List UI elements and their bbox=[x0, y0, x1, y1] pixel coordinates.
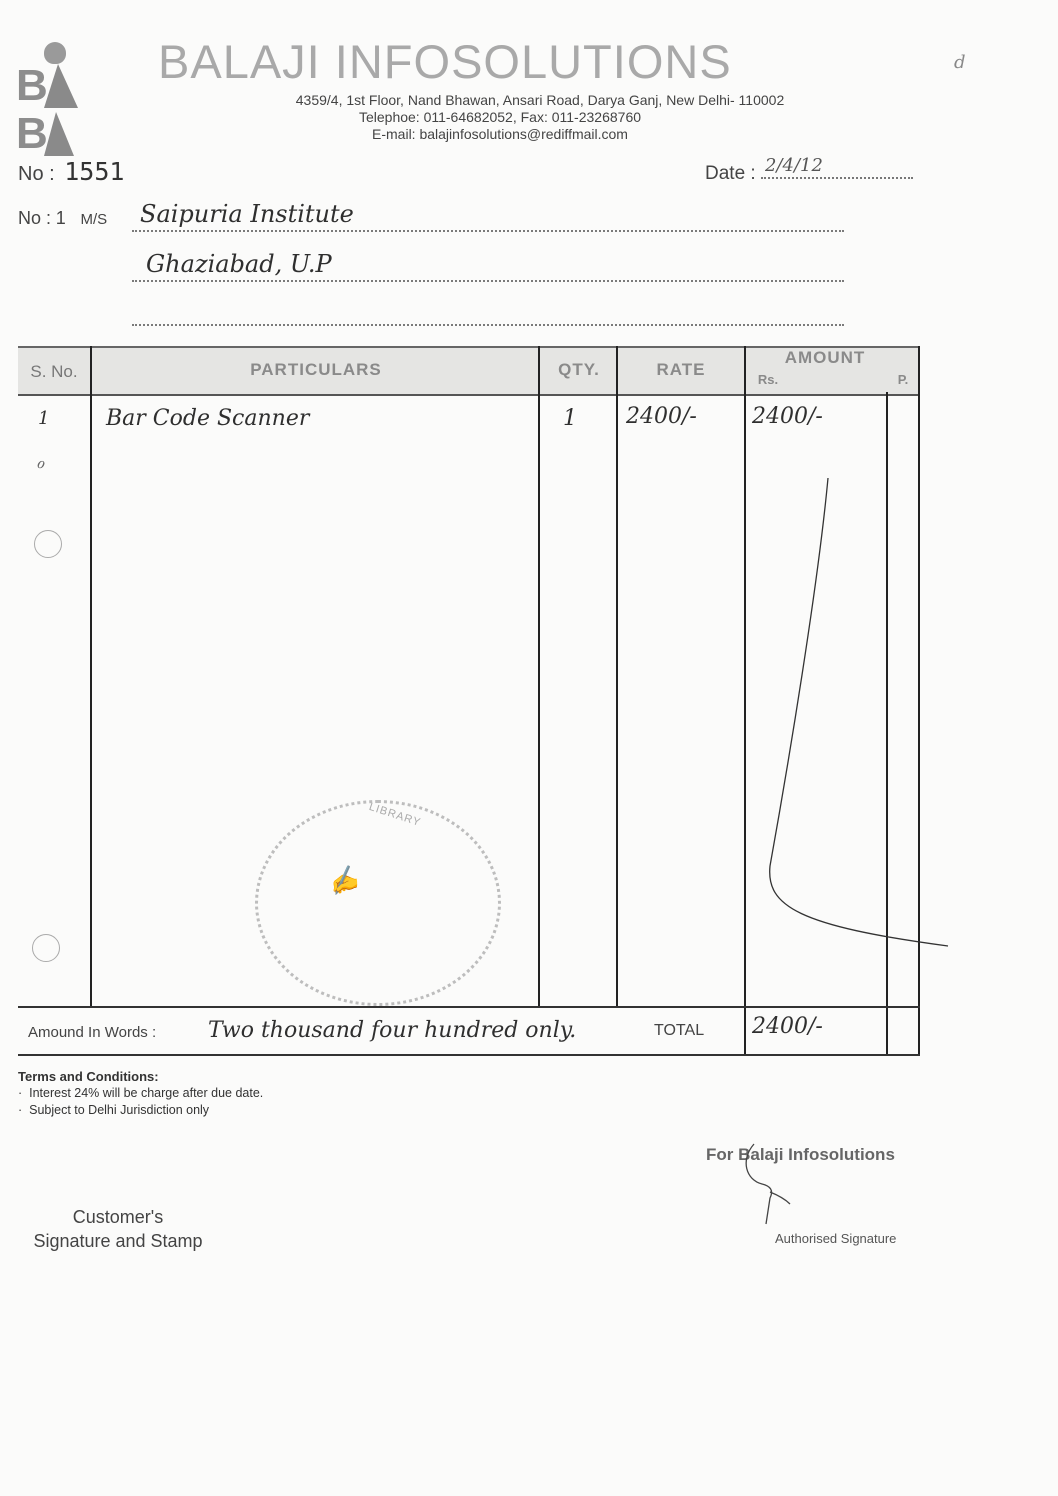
punch-hole-circle bbox=[34, 530, 62, 558]
date-value: 2/4/12 bbox=[765, 155, 823, 176]
header-qty: QTY. bbox=[540, 360, 618, 380]
date-label: Date : bbox=[705, 163, 756, 184]
corner-mark: d bbox=[954, 52, 966, 73]
stamp-signature: ✍ bbox=[324, 863, 362, 900]
col-divider bbox=[538, 346, 540, 1006]
col-divider bbox=[90, 346, 92, 1006]
row-particulars: Bar Code Scanner bbox=[106, 406, 309, 431]
stamp-text: LIBRARY bbox=[367, 801, 422, 829]
terms-title: Terms and Conditions: bbox=[18, 1068, 263, 1085]
ms-label: M/S bbox=[81, 211, 108, 228]
col-divider bbox=[616, 346, 618, 1006]
customer-signature-label: Customer's Signature and Stamp bbox=[18, 1205, 218, 1253]
company-address-block: 4359/4, 1st Floor, Nand Bhawan, Ansari R… bbox=[0, 92, 930, 143]
amount-in-words-label: Amound In Words : bbox=[28, 1024, 156, 1041]
table-bottom bbox=[18, 1054, 920, 1056]
order-no-label: No : bbox=[18, 208, 51, 228]
terms-and-conditions: Terms and Conditions: · Interest 24% wil… bbox=[18, 1068, 263, 1119]
total-label: TOTAL bbox=[654, 1022, 704, 1040]
strike-line bbox=[758, 466, 978, 966]
margin-mark: ℴ bbox=[36, 452, 44, 473]
library-stamp: LIBRARY ✍ bbox=[255, 800, 501, 1006]
invoice-date: Date : 2/4/12 bbox=[705, 163, 913, 185]
invoice-number-label: No : bbox=[18, 163, 55, 185]
company-name: BALAJI INFOSOLUTIONS bbox=[158, 34, 732, 89]
header-rs: Rs. bbox=[748, 372, 788, 387]
row-qty: 1 bbox=[563, 406, 577, 431]
address-line: 4359/4, 1st Floor, Nand Bhawan, Ansari R… bbox=[0, 92, 930, 109]
customer-signature-line1: Customer's bbox=[18, 1205, 218, 1229]
row-sno: 1 bbox=[38, 408, 49, 429]
customer-row: No : 1 M/S bbox=[18, 208, 107, 229]
total-value: 2400/- bbox=[752, 1014, 823, 1039]
col-divider bbox=[744, 346, 746, 1056]
header-sno: S. No. bbox=[18, 362, 90, 382]
table-rows-bottom bbox=[18, 1006, 920, 1008]
amount-in-words: Two thousand four hundred only. bbox=[208, 1018, 576, 1043]
authorised-signature-mark bbox=[740, 1140, 810, 1230]
header-rate: RATE bbox=[618, 360, 744, 380]
customer-address-line[interactable] bbox=[132, 280, 844, 282]
header-p: P. bbox=[888, 372, 918, 387]
row-amount-rs: 2400/- bbox=[752, 404, 823, 429]
customer-extra-line[interactable] bbox=[132, 324, 844, 326]
punch-hole-circle bbox=[32, 934, 60, 962]
header-amount: AMOUNT bbox=[760, 348, 890, 368]
email-line: E-mail: balajinfosolutions@rediffmail.co… bbox=[0, 126, 930, 143]
order-no-value: 1 bbox=[56, 208, 66, 228]
invoice-number: No : 1551 bbox=[18, 157, 124, 186]
customer-address: Ghaziabad, U.P bbox=[146, 250, 332, 278]
date-field[interactable]: 2/4/12 bbox=[761, 163, 913, 179]
customer-name-line[interactable] bbox=[132, 230, 844, 232]
terms-item: · Subject to Delhi Jurisdiction only bbox=[18, 1102, 263, 1119]
row-rate: 2400/- bbox=[626, 404, 697, 429]
customer-signature-line2: Signature and Stamp bbox=[18, 1229, 218, 1253]
customer-name: Saipuria Institute bbox=[140, 200, 354, 228]
terms-item: · Interest 24% will be charge after due … bbox=[18, 1085, 263, 1102]
invoice-number-value: 1551 bbox=[64, 157, 124, 186]
header-particulars: PARTICULARS bbox=[92, 360, 540, 380]
authorised-signature-label: Authorised Signature bbox=[775, 1231, 896, 1246]
phone-line: Telephoe: 011-64682052, Fax: 011-2326876… bbox=[0, 109, 930, 126]
